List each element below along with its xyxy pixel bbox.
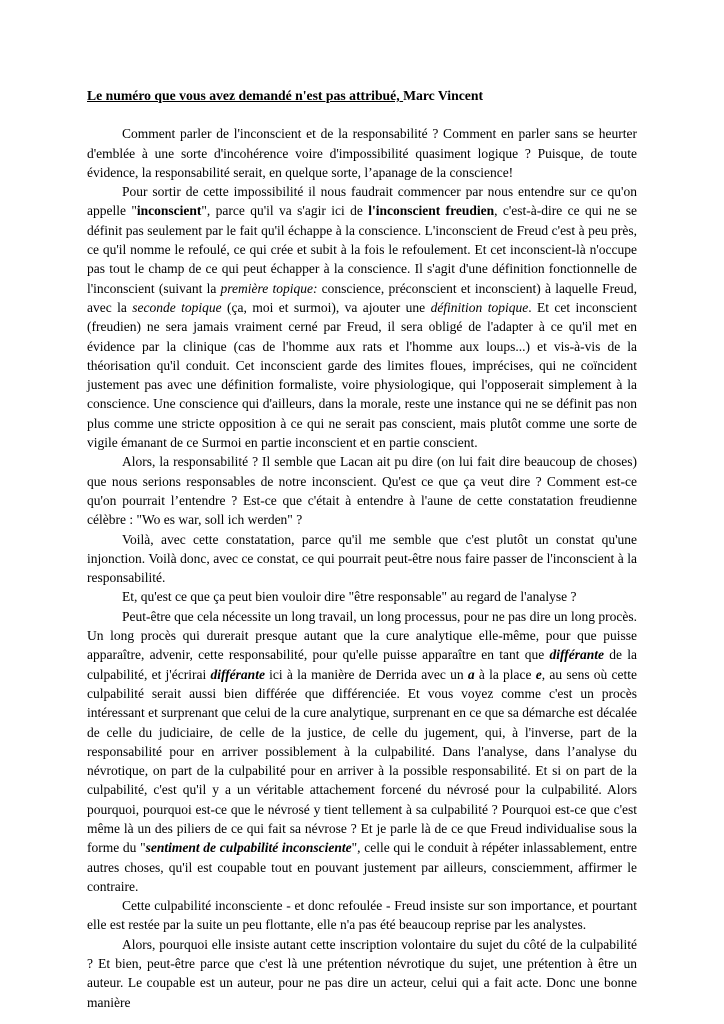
paragraph: Alors, pourquoi elle insiste autant cett… (87, 935, 637, 1012)
paragraphs-container: Comment parler de l'inconscient et de la… (87, 124, 637, 1012)
text-run: seconde topique (132, 300, 221, 315)
paragraph: Voilà, avec cette constatation, parce qu… (87, 530, 637, 588)
title-text: Le numéro que vous avez demandé n'est pa… (87, 88, 403, 103)
paragraph: Peut-être que cela nécessite un long tra… (87, 607, 637, 896)
text-run: ici à la manière de Derrida avec un (265, 667, 468, 682)
text-run: Cette culpabilité inconsciente - et donc… (87, 898, 637, 932)
text-run: sentiment de culpabilité inconsciente (146, 840, 352, 855)
text-run: Alors, pourquoi elle insiste autant cett… (87, 937, 637, 1010)
text-run: à la place (475, 667, 536, 682)
title-author: Marc Vincent (403, 88, 483, 103)
text-run: a (468, 667, 475, 682)
text-run: définition topique (431, 300, 529, 315)
text-run: première topique: (221, 281, 318, 296)
text-run: ", parce qu'il va s'agir ici de (201, 203, 368, 218)
text-run: Voilà, avec cette constatation, parce qu… (87, 532, 637, 586)
paragraph: Et, qu'est ce que ça peut bien vouloir d… (87, 587, 637, 606)
text-run: inconscient (137, 203, 202, 218)
text-run: , au sens où cette culpabilité serait au… (87, 667, 637, 856)
document-content: Le numéro que vous avez demandé n'est pa… (87, 86, 637, 1012)
text-run: différante (210, 667, 265, 682)
text-run: (ça, moi et surmoi), va ajouter une (222, 300, 431, 315)
text-run: Alors, la responsabilité ? Il semble que… (87, 454, 637, 527)
document-page: Le numéro que vous avez demandé n'est pa… (0, 0, 724, 1024)
text-run: différante (550, 647, 605, 662)
paragraph: Alors, la responsabilité ? Il semble que… (87, 452, 637, 529)
paragraph: Cette culpabilité inconsciente - et donc… (87, 896, 637, 935)
paragraph: Comment parler de l'inconscient et de la… (87, 124, 637, 182)
text-run: . Et cet inconscient (freudien) ne sera … (87, 300, 637, 450)
text-run: Comment parler de l'inconscient et de la… (87, 126, 637, 180)
paragraph: Pour sortir de cette impossibilité il no… (87, 182, 637, 452)
document-title: Le numéro que vous avez demandé n'est pa… (87, 86, 637, 105)
text-run: Et, qu'est ce que ça peut bien vouloir d… (122, 589, 576, 604)
text-run: l'inconscient freudien (368, 203, 494, 218)
